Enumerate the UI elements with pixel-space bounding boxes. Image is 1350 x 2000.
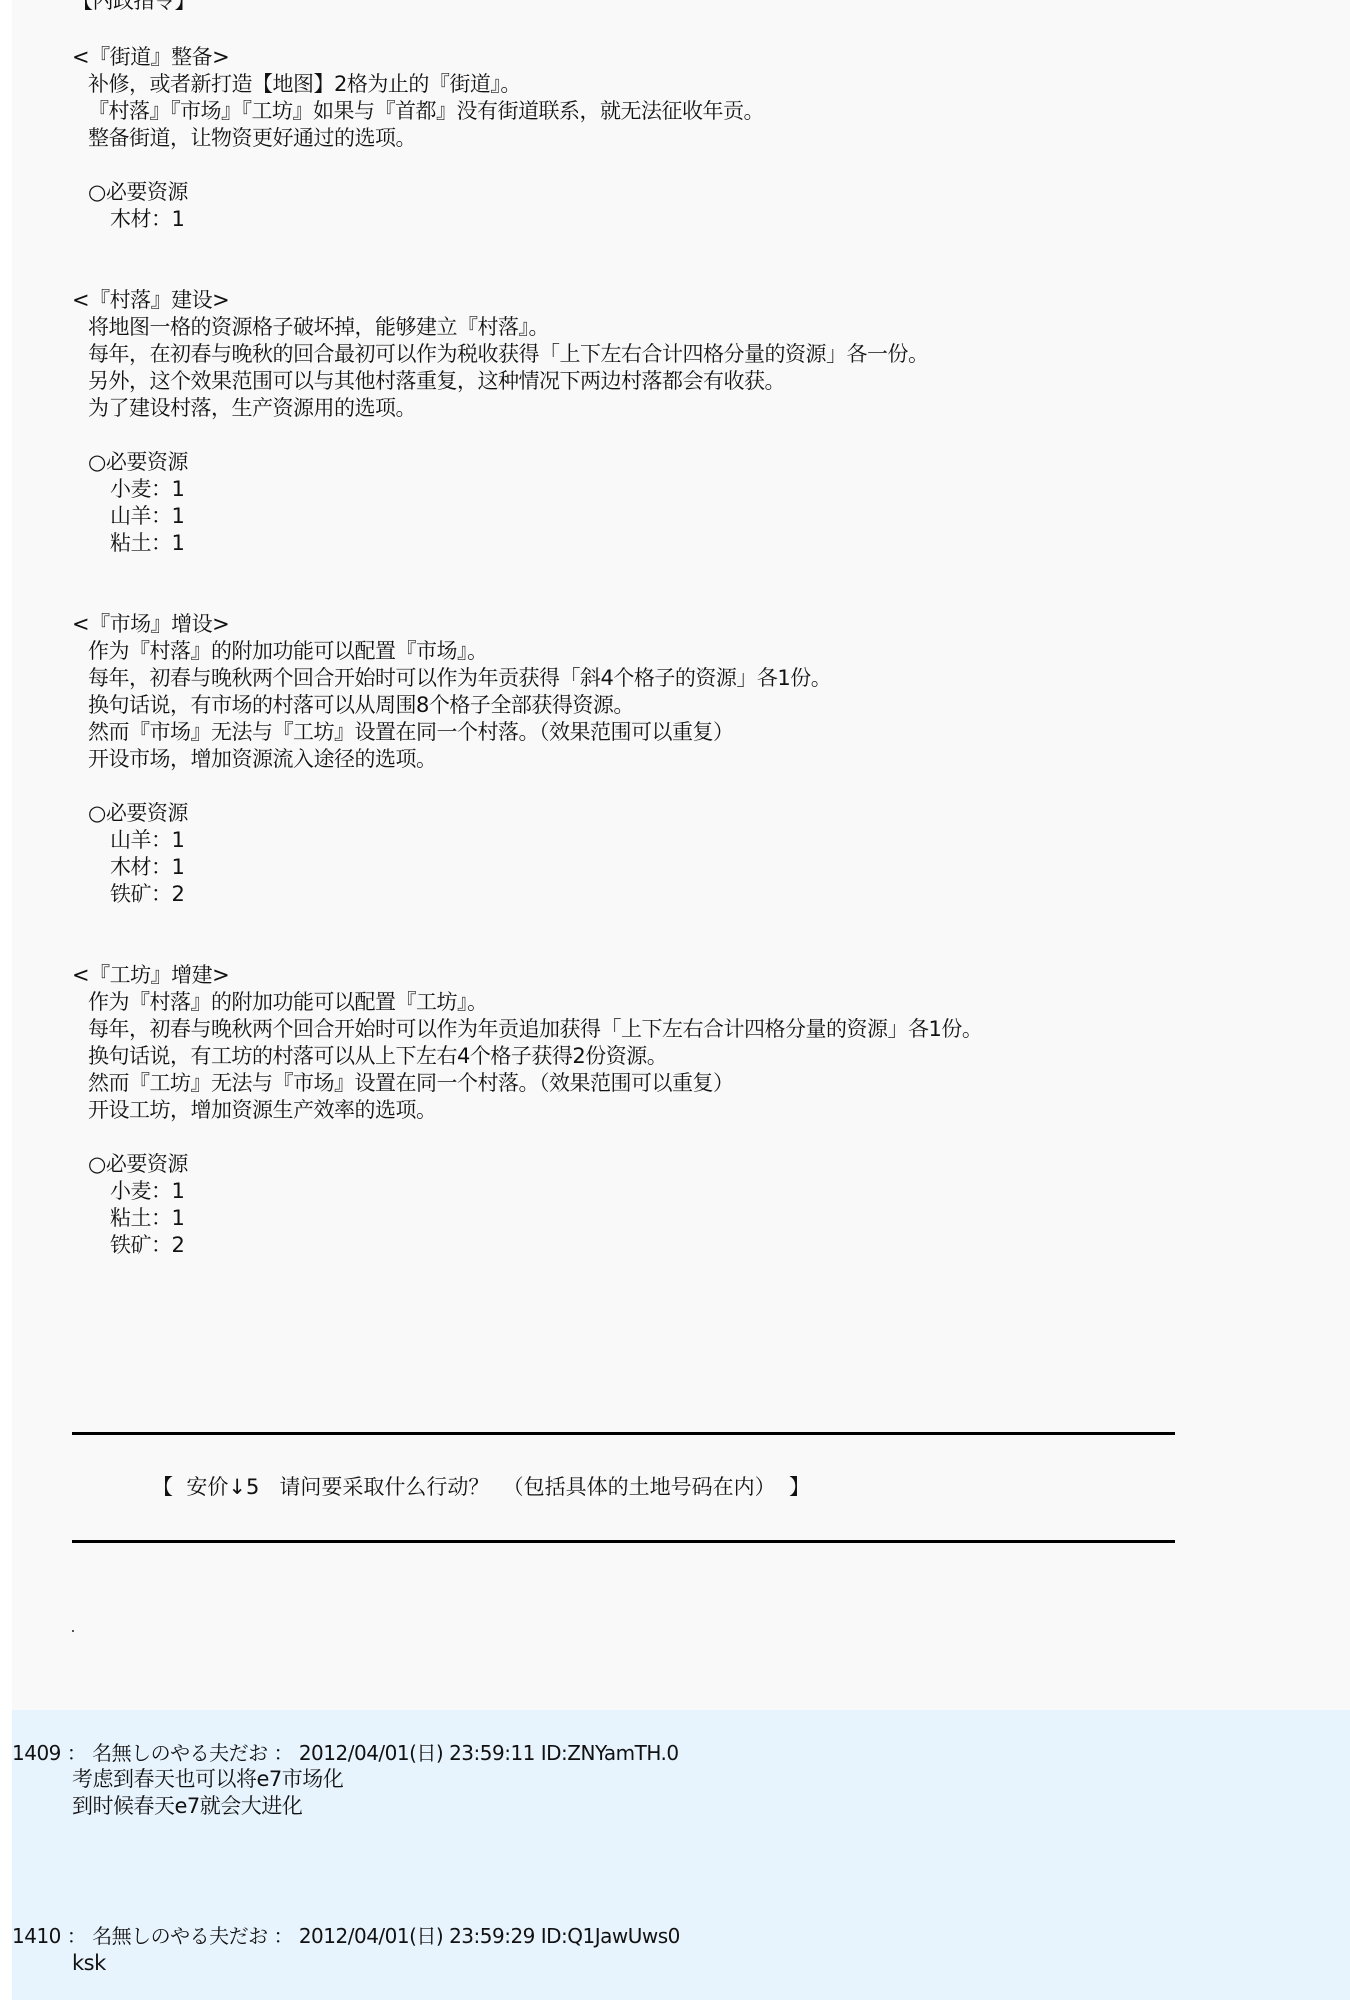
horizontal-rule-top — [72, 1432, 1175, 1435]
section-line: 每年，在初春与晚秋的回合最初可以作为税收获得「上下左右合计四格分量的资源」各一份… — [88, 341, 929, 368]
requirement-item: 小麦：1 — [110, 476, 184, 503]
section-line: 『村落』『市场』『工坊』如果与『首都』没有街道联系，就无法征收年贡。 — [88, 98, 764, 125]
section-line: 为了建设村落，生产资源用的选项。 — [88, 395, 416, 422]
section-line: 换句话说，有市场的村落可以从周围8个格子全部获得资源。 — [88, 692, 634, 719]
requirement-item: 山羊：1 — [110, 827, 184, 854]
comment-header-1409: 1409 ： 名無しのやる夫だお ： 2012/04/01(日) 23:59:1… — [12, 1740, 679, 1766]
section-line: 每年，初春与晚秋两个回合开始时可以作为年贡追加获得「上下左右合计四格分量的资源」… — [88, 1016, 982, 1043]
stray-dot — [72, 1630, 74, 1632]
post-title-fragment: 【内政指令】 — [72, 0, 195, 15]
section-line: 每年，初春与晚秋两个回合开始时可以作为年贡获得「斜4个格子的资源」各1份。 — [88, 665, 831, 692]
requirement-item: 粘土：1 — [110, 530, 184, 557]
comment-line: 考虑到春天也可以将e7市场化 — [72, 1766, 343, 1793]
anka-prompt: 【 安价↓5 请问要采取什么行动？ （包括具体的土地号码在内） 】 — [152, 1473, 810, 1501]
requirement-item: 木材：1 — [110, 854, 184, 881]
comment-header-1410: 1410 ： 名無しのやる夫だお ： 2012/04/01(日) 23:59:2… — [12, 1923, 680, 1949]
section-line: 整备街道，让物资更好通过的选项。 — [88, 125, 416, 152]
section-line: 然而『工坊』无法与『市场』设置在同一个村落。（效果范围可以重复） — [88, 1070, 734, 1097]
section-heading-road: <『街道』整备> — [72, 44, 229, 71]
requirements-label: ○必要资源 — [88, 449, 188, 476]
section-line: 开设市场，增加资源流入途径的选项。 — [88, 746, 437, 773]
page: 【内政指令】 <『街道』整备> 补修，或者新打造【地图】2格为止的『街道』。 『… — [12, 0, 1350, 2000]
section-line: 开设工坊，增加资源生产效率的选项。 — [88, 1097, 437, 1124]
comment-line: ksk — [72, 1950, 106, 1977]
section-heading-workshop: <『工坊』增建> — [72, 962, 229, 989]
requirement-item: 粘土：1 — [110, 1205, 184, 1232]
section-line: 然而『市场』无法与『工坊』设置在同一个村落。（效果范围可以重复） — [88, 719, 734, 746]
comment-line: 到时候春天e7就会大进化 — [72, 1793, 302, 1820]
requirement-item: 铁矿：2 — [110, 1232, 184, 1259]
comments-section: 1409 ： 名無しのやる夫だお ： 2012/04/01(日) 23:59:1… — [12, 1710, 1350, 2000]
requirements-label: ○必要资源 — [88, 179, 188, 206]
requirements-label: ○必要资源 — [88, 1151, 188, 1178]
section-line: 另外，这个效果范围可以与其他村落重复，这种情况下两边村落都会有收获。 — [88, 368, 785, 395]
section-line: 作为『村落』的附加功能可以配置『工坊』。 — [88, 989, 488, 1016]
section-line: 补修，或者新打造【地图】2格为止的『街道』。 — [88, 71, 521, 98]
horizontal-rule-bottom — [72, 1540, 1175, 1543]
section-line: 换句话说，有工坊的村落可以从上下左右4个格子获得2份资源。 — [88, 1043, 667, 1070]
requirement-item: 山羊：1 — [110, 503, 184, 530]
section-heading-village: <『村落』建设> — [72, 287, 229, 314]
section-heading-market: <『市场』增设> — [72, 611, 229, 638]
section-line: 作为『村落』的附加功能可以配置『市场』。 — [88, 638, 488, 665]
requirement-item: 铁矿：2 — [110, 881, 184, 908]
section-line: 将地图一格的资源格子破坏掉，能够建立『村落』。 — [88, 314, 549, 341]
requirements-label: ○必要资源 — [88, 800, 188, 827]
main-post: 【内政指令】 <『街道』整备> 补修，或者新打造【地图】2格为止的『街道』。 『… — [12, 0, 1350, 1710]
requirement-item: 木材：1 — [110, 206, 184, 233]
requirement-item: 小麦：1 — [110, 1178, 184, 1205]
